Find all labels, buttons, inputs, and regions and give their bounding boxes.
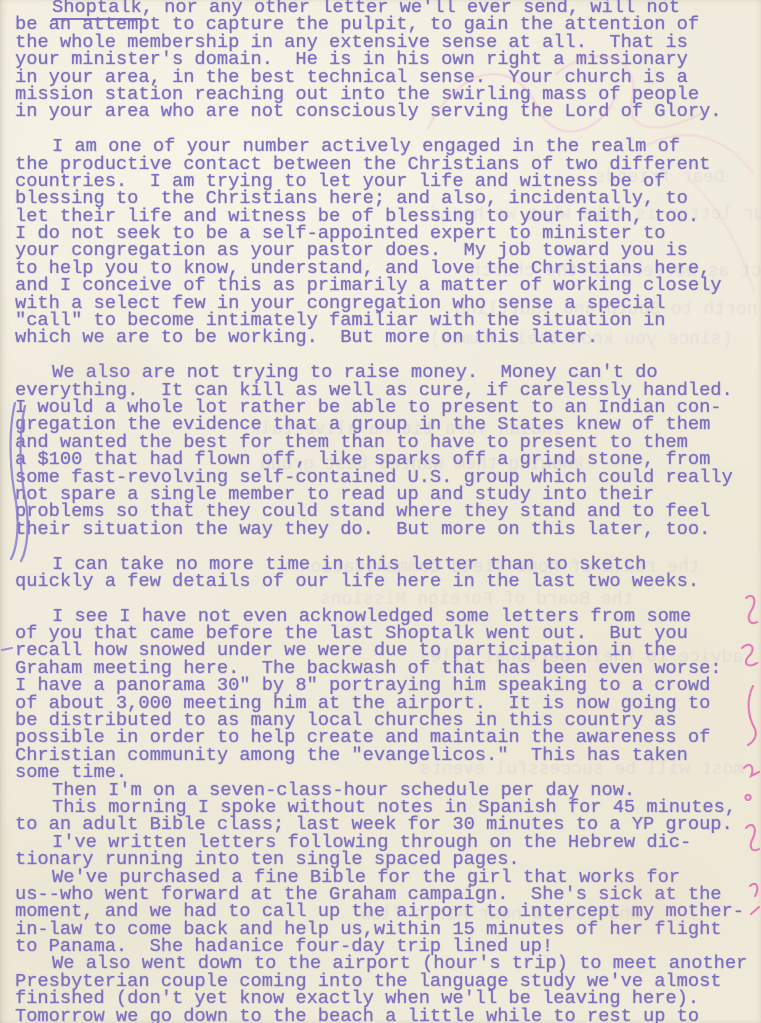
paragraph-2: I am one of your number actively engaged… <box>15 138 761 347</box>
paragraph-9: We've purchased a fine Bible for the gir… <box>15 869 761 956</box>
letter-line: their situation the way they do. But mor… <box>15 521 761 538</box>
letter-line: Tomorrow we go down to the beach a littl… <box>15 1008 761 1023</box>
letter-line: in your area who are not consciously ser… <box>15 103 761 120</box>
paragraph-5: I see I have not even acknowledged some … <box>15 608 761 782</box>
letter-line: quickly a few details of our life here i… <box>15 573 761 590</box>
letter-line: which we are to be working. But more on … <box>15 329 761 346</box>
paragraph-1: Shoptalk, nor any other letter we'll eve… <box>15 0 761 121</box>
paragraph-3: We also are not trying to raise money. M… <box>15 364 761 538</box>
letter-body: Shoptalk, nor any other letter we'll eve… <box>15 0 761 1023</box>
paragraph-7: This morning I spoke without notes in Sp… <box>15 799 761 834</box>
letter-page: Dear friendsyour letter is like what we … <box>0 0 761 1023</box>
left-margin-dash <box>2 648 12 650</box>
paragraph-10: We also went down to the airport (hour's… <box>15 955 761 1023</box>
paragraph-4: I can take no more time in this letter t… <box>15 556 761 591</box>
paragraph-8: I've written letters following through o… <box>15 834 761 869</box>
